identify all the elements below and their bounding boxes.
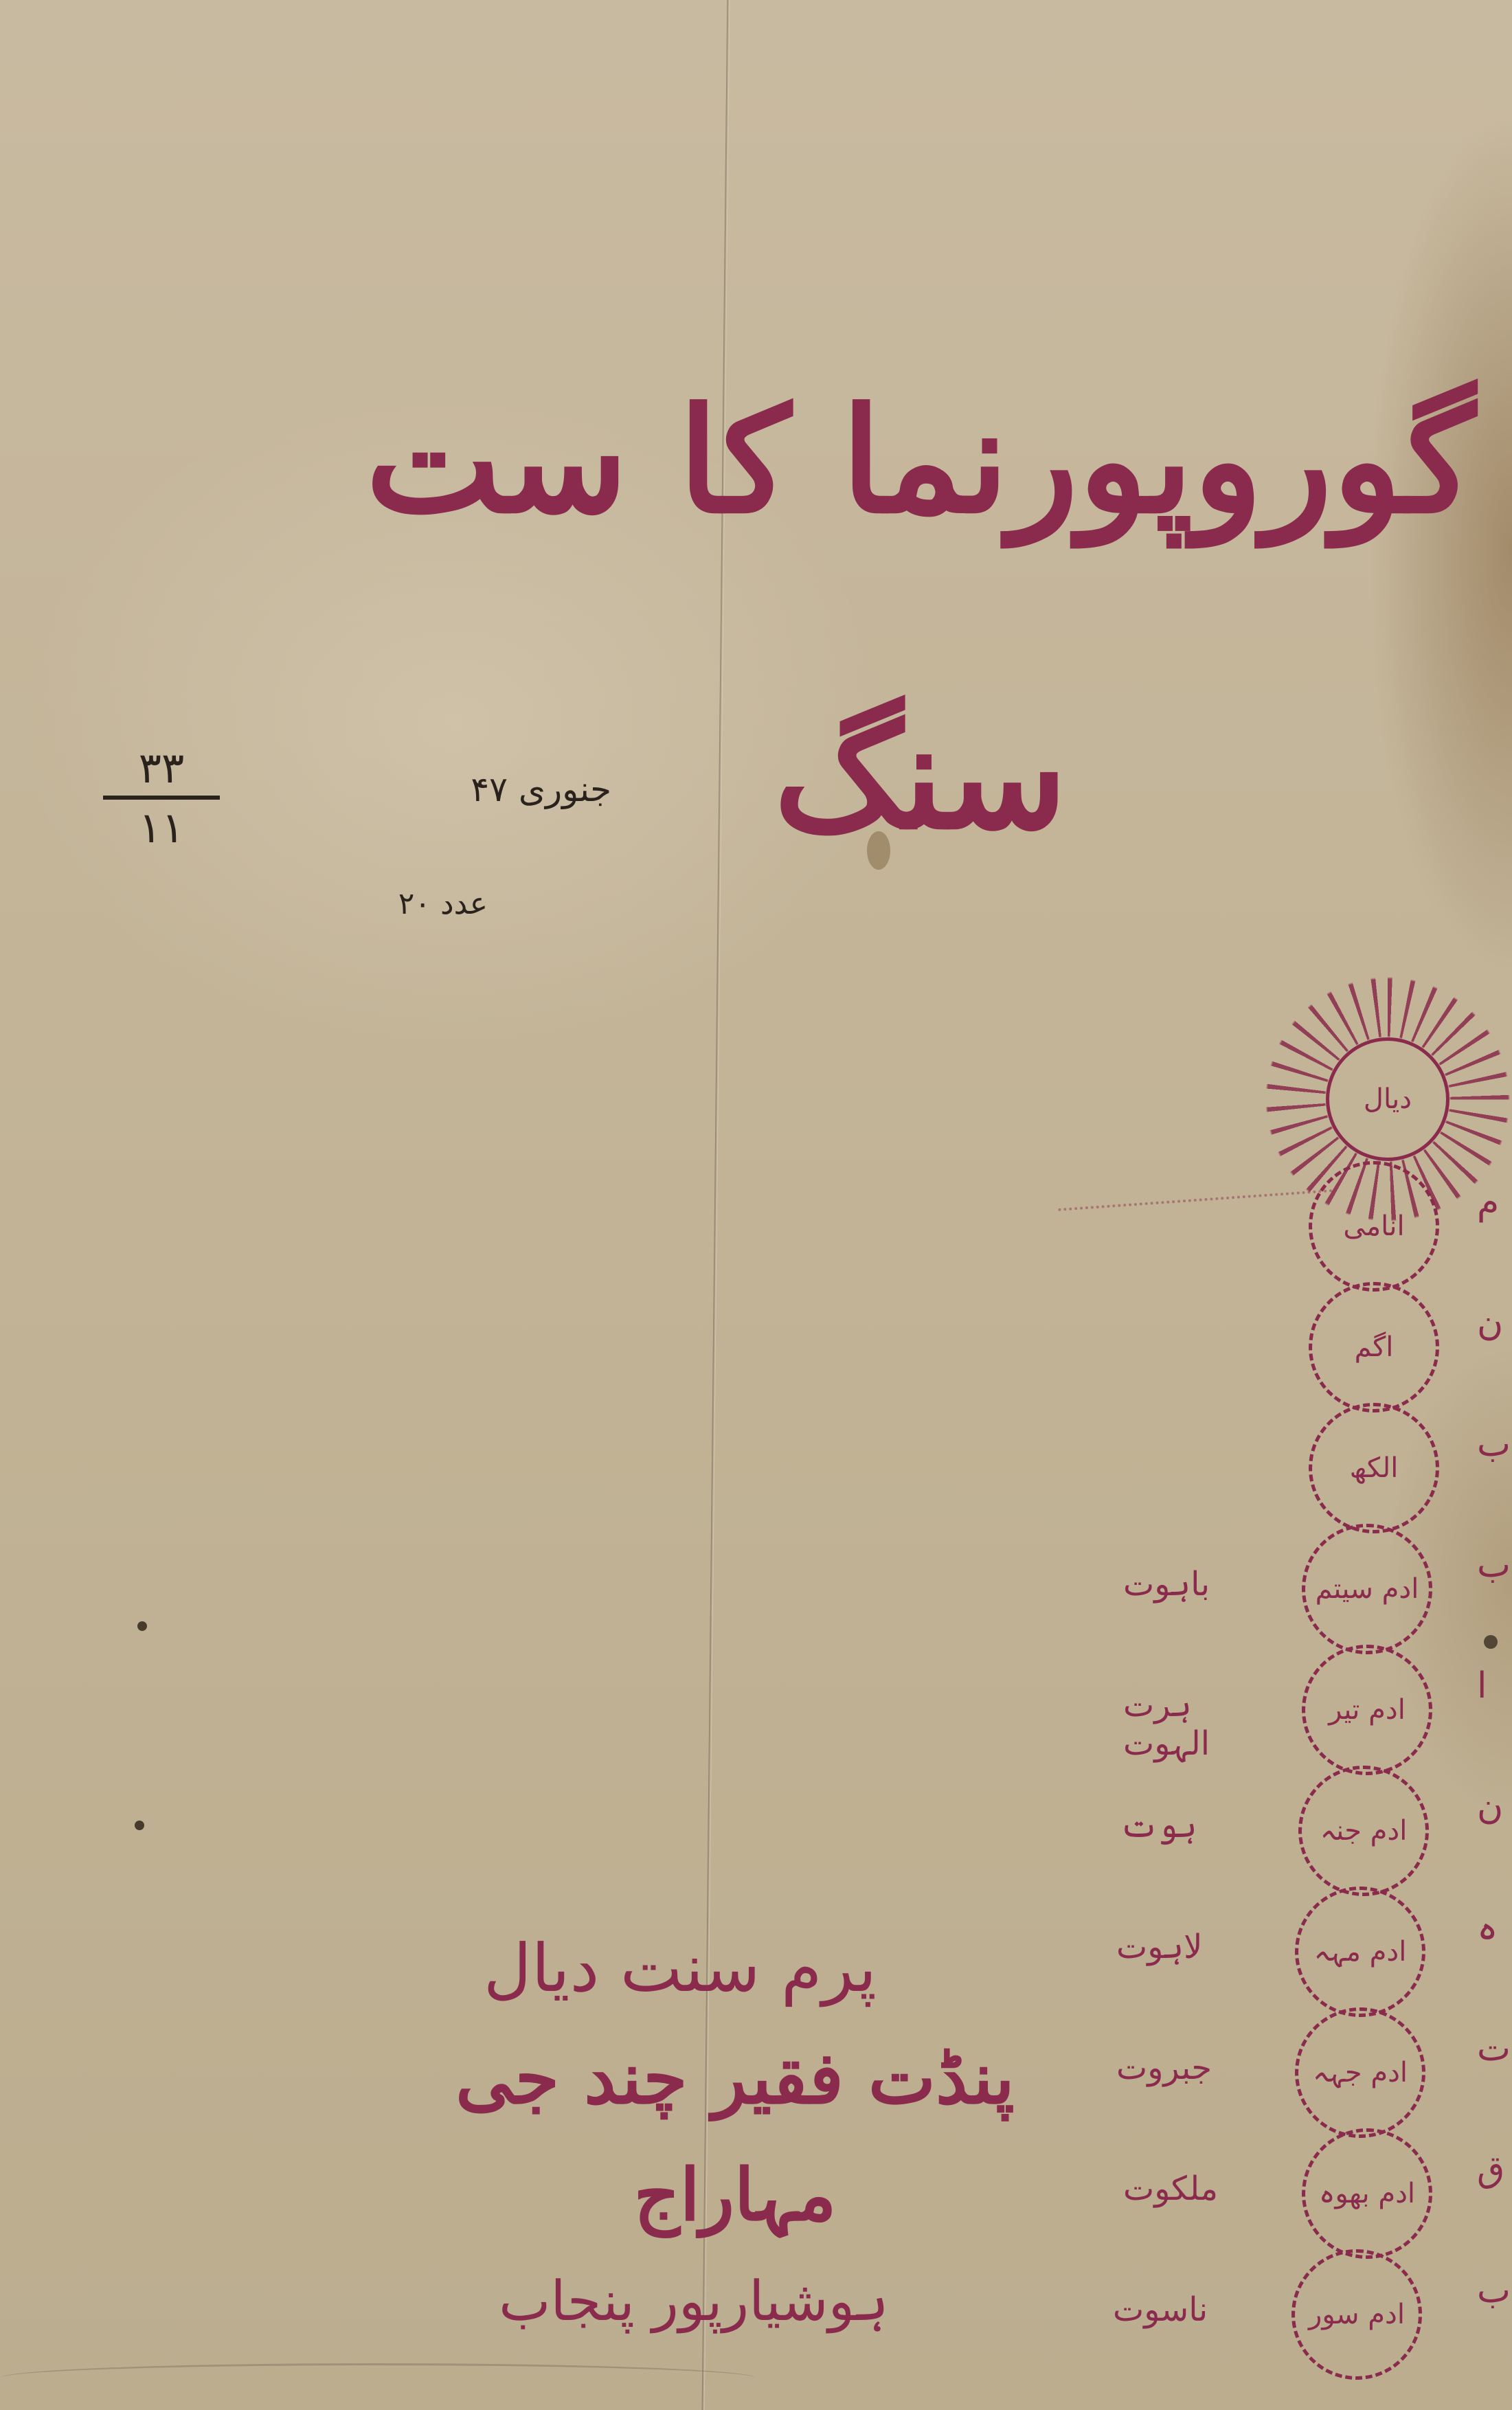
region-label: لاہوت: [1116, 1928, 1281, 1966]
fraction-bar: [103, 796, 220, 800]
book-title: گوروپورنما کا ست سنگ: [357, 303, 1484, 619]
count-note: عدد ۲۰: [309, 886, 488, 921]
stain: [1484, 1635, 1498, 1649]
diagram-node: انامی: [1309, 1161, 1439, 1292]
author-honorific: پرم سنت دیال: [398, 1917, 962, 2020]
region-label: ملکوت: [1123, 2170, 1288, 2208]
stain: [137, 1621, 147, 1631]
diagram-node: اگم: [1309, 1282, 1439, 1412]
diagram-node: ادم جہہ: [1295, 2007, 1425, 2138]
region-label: ناسوت: [1113, 2290, 1278, 2329]
diagram-node: ادم مہہ: [1295, 1887, 1425, 2017]
node-dayal: دیال: [1326, 1037, 1449, 1161]
diagram-node: ادم جنہ: [1298, 1766, 1429, 1896]
region-label: ہرت الہوت: [1123, 1686, 1288, 1763]
region-label: باہوت: [1123, 1565, 1288, 1603]
diagram-node: ادم بھوہ: [1302, 2128, 1432, 2259]
date-note: جنوری ۴۷: [385, 769, 611, 809]
author-name: پنڈت فقیر چند جی مہاراج: [398, 2020, 1072, 2253]
diagram-node: ادم سور: [1291, 2249, 1422, 2380]
paper-tear: [0, 2363, 756, 2393]
diagram-node: الکھ: [1309, 1403, 1439, 1533]
author-block: پرم سنت دیال پنڈت فقیر چند جی مہاراج ہوش…: [398, 1917, 1072, 2350]
stain: [135, 1821, 144, 1830]
diagram-node: ادم سیتم: [1302, 1524, 1432, 1654]
catalog-number-denominator: ۱۱: [103, 805, 220, 850]
diagram-node: ادم تیر: [1302, 1645, 1432, 1775]
catalog-number-numerator: ۳۳: [103, 745, 220, 790]
region-label: ہوت: [1120, 1807, 1285, 1845]
catalog-number: ۳۳ ۱۱: [103, 745, 220, 850]
region-label: جبروت: [1116, 2049, 1281, 2087]
author-place: ہوشیارپور پنجاب: [398, 2253, 989, 2350]
